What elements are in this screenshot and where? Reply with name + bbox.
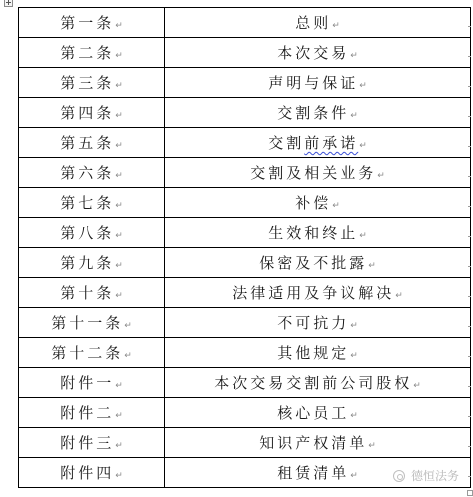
clause-title: 声明与保证 xyxy=(268,74,358,92)
table-row: 第九条↵ 保密及不批露↵ xyxy=(19,248,471,278)
paragraph-mark-icon: ↵ xyxy=(377,171,385,181)
appendix-title: 本次交易交割前公司股权 xyxy=(214,374,412,392)
clause-title: 交割及相关业务 xyxy=(250,164,376,182)
clause-title: 补偿 xyxy=(295,194,331,212)
paragraph-mark-icon: ↵ xyxy=(124,321,132,331)
paragraph-mark-icon: ↵ xyxy=(359,141,367,151)
appendix-title: 核心员工 xyxy=(277,404,349,422)
clause-title: 不可抗力 xyxy=(277,314,349,332)
clause-number-cell[interactable]: 第十二条↵ xyxy=(19,338,165,368)
contents-table: 第一条↵ 总则↵ 第二条↵ 本次交易↵ 第三条↵ 声明与保证↵ 第四条↵ 交割条… xyxy=(18,7,471,488)
paragraph-mark-icon: ↵ xyxy=(115,171,123,181)
clause-number: 第二条 xyxy=(60,44,114,62)
row-end-mark-icon xyxy=(468,296,471,297)
clause-title-cell[interactable]: 补偿↵ xyxy=(165,188,471,218)
paragraph-mark-icon: ↵ xyxy=(115,141,123,151)
row-end-mark-icon xyxy=(468,476,471,477)
paragraph-mark-icon: ↵ xyxy=(368,261,376,271)
clause-title-cell[interactable]: 其他规定↵ xyxy=(165,338,471,368)
appendix-number: 附件一 xyxy=(60,374,114,392)
clause-number-cell[interactable]: 第二条↵ xyxy=(19,38,165,68)
paragraph-mark-icon: ↵ xyxy=(115,471,123,481)
clause-title-cell[interactable]: 总则↵ xyxy=(165,8,471,38)
table-resize-handle-icon[interactable] xyxy=(467,490,473,496)
clause-number-cell[interactable]: 第八条↵ xyxy=(19,218,165,248)
clause-number: 第三条 xyxy=(60,74,114,92)
table-row: 第十一条↵ 不可抗力↵ xyxy=(19,308,471,338)
appendix-title: 租赁清单 xyxy=(277,464,349,482)
clause-number: 第九条 xyxy=(60,254,114,272)
clause-title: 保密及不批露 xyxy=(259,254,367,272)
clause-title: 本次交易 xyxy=(277,44,349,62)
row-end-mark-icon xyxy=(468,386,471,387)
clause-title-cell[interactable]: 生效和终止↵ xyxy=(165,218,471,248)
table-row: 第一条↵ 总则↵ xyxy=(19,8,471,38)
appendix-title: 知识产权清单 xyxy=(259,434,367,452)
clause-title-cell[interactable]: 声明与保证↵ xyxy=(165,68,471,98)
appendix-number-cell[interactable]: 附件二↵ xyxy=(19,398,165,428)
paragraph-mark-icon: ↵ xyxy=(350,471,358,481)
paragraph-mark-icon: ↵ xyxy=(115,411,123,421)
clause-number: 第一条 xyxy=(60,14,114,32)
table-row: 第三条↵ 声明与保证↵ xyxy=(19,68,471,98)
clause-title: 总则 xyxy=(295,14,331,32)
table-row: 第十二条↵ 其他规定↵ xyxy=(19,338,471,368)
clause-title-cell[interactable]: 本次交易↵ xyxy=(165,38,471,68)
paragraph-mark-icon: ↵ xyxy=(115,111,123,121)
appendix-number: 附件四 xyxy=(60,464,114,482)
paragraph-mark-icon: ↵ xyxy=(115,231,123,241)
clause-number: 第十二条 xyxy=(51,344,123,362)
paragraph-mark-icon: ↵ xyxy=(350,321,358,331)
paragraph-mark-icon: ↵ xyxy=(115,51,123,61)
row-end-mark-icon xyxy=(468,176,471,177)
table-row: 附件二↵ 核心员工↵ xyxy=(19,398,471,428)
clause-number: 第六条 xyxy=(60,164,114,182)
clause-number: 第七条 xyxy=(60,194,114,212)
row-end-mark-icon xyxy=(468,116,471,117)
table-row: 第六条↵ 交割及相关业务↵ xyxy=(19,158,471,188)
clause-number: 第十条 xyxy=(60,284,114,302)
clause-title: 其他规定 xyxy=(277,344,349,362)
table-row: 附件三↵ 知识产权清单↵ xyxy=(19,428,471,458)
clause-number-cell[interactable]: 第一条↵ xyxy=(19,8,165,38)
row-end-mark-icon xyxy=(468,446,471,447)
paragraph-mark-icon: ↵ xyxy=(395,291,403,301)
clause-title-cell[interactable]: 保密及不批露↵ xyxy=(165,248,471,278)
clause-number: 第五条 xyxy=(60,134,114,152)
clause-title-cell[interactable]: 交割前承诺↵ xyxy=(165,128,471,158)
table-row: 第二条↵ 本次交易↵ xyxy=(19,38,471,68)
paragraph-mark-icon: ↵ xyxy=(350,351,358,361)
appendix-title-cell[interactable]: 本次交易交割前公司股权↵ xyxy=(165,368,471,398)
clause-number-cell[interactable]: 第五条↵ xyxy=(19,128,165,158)
appendix-title-cell[interactable]: 核心员工↵ xyxy=(165,398,471,428)
paragraph-mark-icon: ↵ xyxy=(115,81,123,91)
paragraph-mark-icon: ↵ xyxy=(350,111,358,121)
paragraph-mark-icon: ↵ xyxy=(413,381,421,391)
paragraph-mark-icon: ↵ xyxy=(359,231,367,241)
paragraph-mark-icon: ↵ xyxy=(115,441,123,451)
wechat-logo-icon xyxy=(393,470,405,482)
table-row: 第七条↵ 补偿↵ xyxy=(19,188,471,218)
clause-number-cell[interactable]: 第九条↵ xyxy=(19,248,165,278)
clause-number-cell[interactable]: 第四条↵ xyxy=(19,98,165,128)
paragraph-mark-icon: ↵ xyxy=(359,81,367,91)
table-move-handle-icon[interactable] xyxy=(4,0,13,7)
row-end-mark-icon xyxy=(468,326,471,327)
appendix-title-cell[interactable]: 知识产权清单↵ xyxy=(165,428,471,458)
appendix-number-cell[interactable]: 附件一↵ xyxy=(19,368,165,398)
appendix-number-cell[interactable]: 附件四↵ xyxy=(19,458,165,488)
paragraph-mark-icon: ↵ xyxy=(332,21,340,31)
paragraph-mark-icon: ↵ xyxy=(115,291,123,301)
row-end-mark-icon xyxy=(468,56,471,57)
watermark: 德恒法务 xyxy=(393,467,459,484)
table-row: 第八条↵ 生效和终止↵ xyxy=(19,218,471,248)
clause-number: 第十一条 xyxy=(51,314,123,332)
paragraph-mark-icon: ↵ xyxy=(124,351,132,361)
clause-title-cell[interactable]: 法律适用及争议解决↵ xyxy=(165,278,471,308)
paragraph-mark-icon: ↵ xyxy=(115,21,123,31)
table-row: 第四条↵ 交割条件↵ xyxy=(19,98,471,128)
row-end-mark-icon xyxy=(468,146,471,147)
clause-title-cell[interactable]: 不可抗力↵ xyxy=(165,308,471,338)
appendix-number: 附件三 xyxy=(60,434,114,452)
clause-title-cell[interactable]: 交割及相关业务↵ xyxy=(165,158,471,188)
row-end-mark-icon xyxy=(468,86,471,87)
row-end-mark-icon xyxy=(468,236,471,237)
paragraph-mark-icon: ↵ xyxy=(115,261,123,271)
row-end-mark-icon xyxy=(468,416,471,417)
row-end-mark-icon xyxy=(468,206,471,207)
table-row: 附件一↵ 本次交易交割前公司股权↵ xyxy=(19,368,471,398)
clause-number-cell[interactable]: 第六条↵ xyxy=(19,158,165,188)
clause-number: 第四条 xyxy=(60,104,114,122)
clause-number: 第八条 xyxy=(60,224,114,242)
paragraph-mark-icon: ↵ xyxy=(332,201,340,211)
row-end-mark-icon xyxy=(468,266,471,267)
clause-number-cell[interactable]: 第十一条↵ xyxy=(19,308,165,338)
paragraph-mark-icon: ↵ xyxy=(115,201,123,211)
paragraph-mark-icon: ↵ xyxy=(115,381,123,391)
paragraph-mark-icon: ↵ xyxy=(350,51,358,61)
spellcheck-flagged-text[interactable]: 前承诺 xyxy=(304,134,358,152)
paragraph-mark-icon: ↵ xyxy=(350,411,358,421)
appendix-number: 附件二 xyxy=(60,404,114,422)
clause-number-cell[interactable]: 第十条↵ xyxy=(19,278,165,308)
appendix-number-cell[interactable]: 附件三↵ xyxy=(19,428,165,458)
paragraph-mark-icon: ↵ xyxy=(368,441,376,451)
clause-number-cell[interactable]: 第七条↵ xyxy=(19,188,165,218)
clause-title: 交割条件 xyxy=(277,104,349,122)
watermark-text: 德恒法务 xyxy=(411,467,459,484)
table-row: 第十条↵ 法律适用及争议解决↵ xyxy=(19,278,471,308)
row-end-mark-icon xyxy=(468,356,471,357)
clause-title-cell[interactable]: 交割条件↵ xyxy=(165,98,471,128)
clause-title: 法律适用及争议解决 xyxy=(232,284,394,302)
row-end-mark-icon xyxy=(468,26,471,27)
clause-title: 生效和终止 xyxy=(268,224,358,242)
clause-number-cell[interactable]: 第三条↵ xyxy=(19,68,165,98)
clause-title-prefix: 交割 xyxy=(268,134,304,152)
table-row: 第五条↵ 交割前承诺↵ xyxy=(19,128,471,158)
